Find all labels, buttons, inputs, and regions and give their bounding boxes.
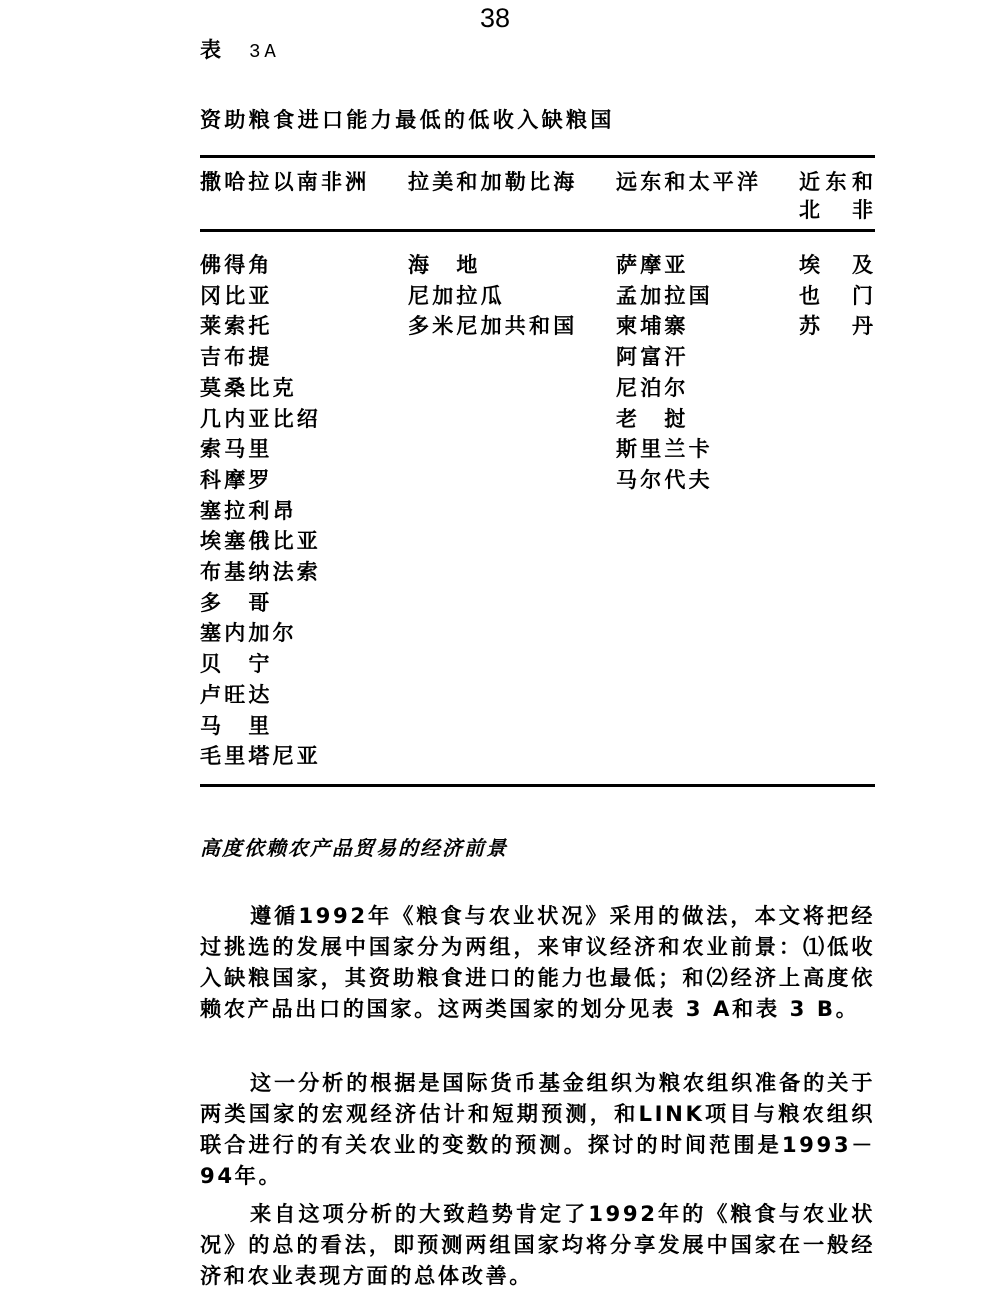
country-item: 孟加拉国 bbox=[616, 281, 713, 312]
country-item: 毛里塔尼亚 bbox=[200, 741, 321, 772]
country-item: 吉布提 bbox=[200, 342, 321, 373]
table-title: 资助粮食进口能力最低的低收入缺粮国 bbox=[200, 105, 615, 135]
column-header-sub-saharan-africa: 撒哈拉以南非洲 bbox=[200, 167, 369, 198]
country-item: 尼加拉瓜 bbox=[408, 281, 577, 312]
column-near-east-north-africa: 埃 及 也 门 苏 丹 bbox=[799, 250, 873, 342]
country-item: 尼泊尔 bbox=[616, 373, 713, 404]
country-item: 埃 及 bbox=[799, 250, 873, 281]
country-item: 柬埔寨 bbox=[616, 311, 713, 342]
table-bottom-rule bbox=[200, 784, 875, 787]
paragraph-3: 来自这项分析的大致趋势肯定了1992年的《粮食与农业状况》的总的看法，即预测两组… bbox=[200, 1198, 875, 1291]
country-item: 海 地 bbox=[408, 250, 577, 281]
paragraph-2: 这一分析的根据是国际货币基金组织为粮农组织准备的关于两类国家的宏观经济估计和短期… bbox=[200, 1067, 875, 1191]
country-item: 科摩罗 bbox=[200, 465, 321, 496]
country-item: 多 哥 bbox=[200, 588, 321, 619]
country-item: 苏 丹 bbox=[799, 311, 873, 342]
country-item: 布基纳法索 bbox=[200, 557, 321, 588]
column-far-east-pacific: 萨摩亚 孟加拉国 柬埔寨 阿富汗 尼泊尔 老 挝 斯里兰卡 马尔代夫 bbox=[616, 250, 713, 496]
column-latin-america-caribbean: 海 地 尼加拉瓜 多米尼加共和国 bbox=[408, 250, 577, 342]
country-item: 莱索托 bbox=[200, 311, 321, 342]
column-sub-saharan-africa: 佛得角 冈比亚 莱索托 吉布提 莫桑比克 几内亚比绍 索马里 科摩罗 塞拉利昂 … bbox=[200, 250, 321, 772]
table-label-number: 3A bbox=[249, 41, 280, 63]
country-item: 塞拉利昂 bbox=[200, 496, 321, 527]
country-item: 索马里 bbox=[200, 434, 321, 465]
country-item: 卢旺达 bbox=[200, 680, 321, 711]
country-item: 也 门 bbox=[799, 281, 873, 312]
page-number: 38 bbox=[0, 2, 990, 34]
table-label-prefix: 表 bbox=[200, 38, 223, 62]
country-item: 萨摩亚 bbox=[616, 250, 713, 281]
table-label: 表3A bbox=[200, 36, 280, 66]
country-item: 多米尼加共和国 bbox=[408, 311, 577, 342]
paragraph-1: 遵循1992年《粮食与农业状况》采用的做法，本文将把经过挑选的发展中国家分为两组… bbox=[200, 900, 875, 1024]
country-item: 贝 宁 bbox=[200, 649, 321, 680]
country-item: 佛得角 bbox=[200, 250, 321, 281]
section-heading: 高度依赖农产品贸易的经济前景 bbox=[200, 833, 508, 863]
country-item: 阿富汗 bbox=[616, 342, 713, 373]
country-item: 埃塞俄比亚 bbox=[200, 526, 321, 557]
country-item: 莫桑比克 bbox=[200, 373, 321, 404]
column-header-latin-america-caribbean: 拉美和加勒比海 bbox=[408, 167, 577, 198]
column-header-far-east-pacific: 远东和太平洋 bbox=[616, 167, 761, 198]
country-item: 马尔代夫 bbox=[616, 465, 713, 496]
table-top-rule bbox=[200, 155, 875, 158]
column-header-near-east-north-africa: 近东和 北 非 bbox=[799, 167, 873, 225]
country-item: 几内亚比绍 bbox=[200, 404, 321, 435]
country-item: 塞内加尔 bbox=[200, 618, 321, 649]
country-item: 老 挝 bbox=[616, 404, 713, 435]
country-item: 斯里兰卡 bbox=[616, 434, 713, 465]
country-item: 马 里 bbox=[200, 711, 321, 742]
country-item: 冈比亚 bbox=[200, 281, 321, 312]
table-header-rule bbox=[200, 229, 875, 232]
